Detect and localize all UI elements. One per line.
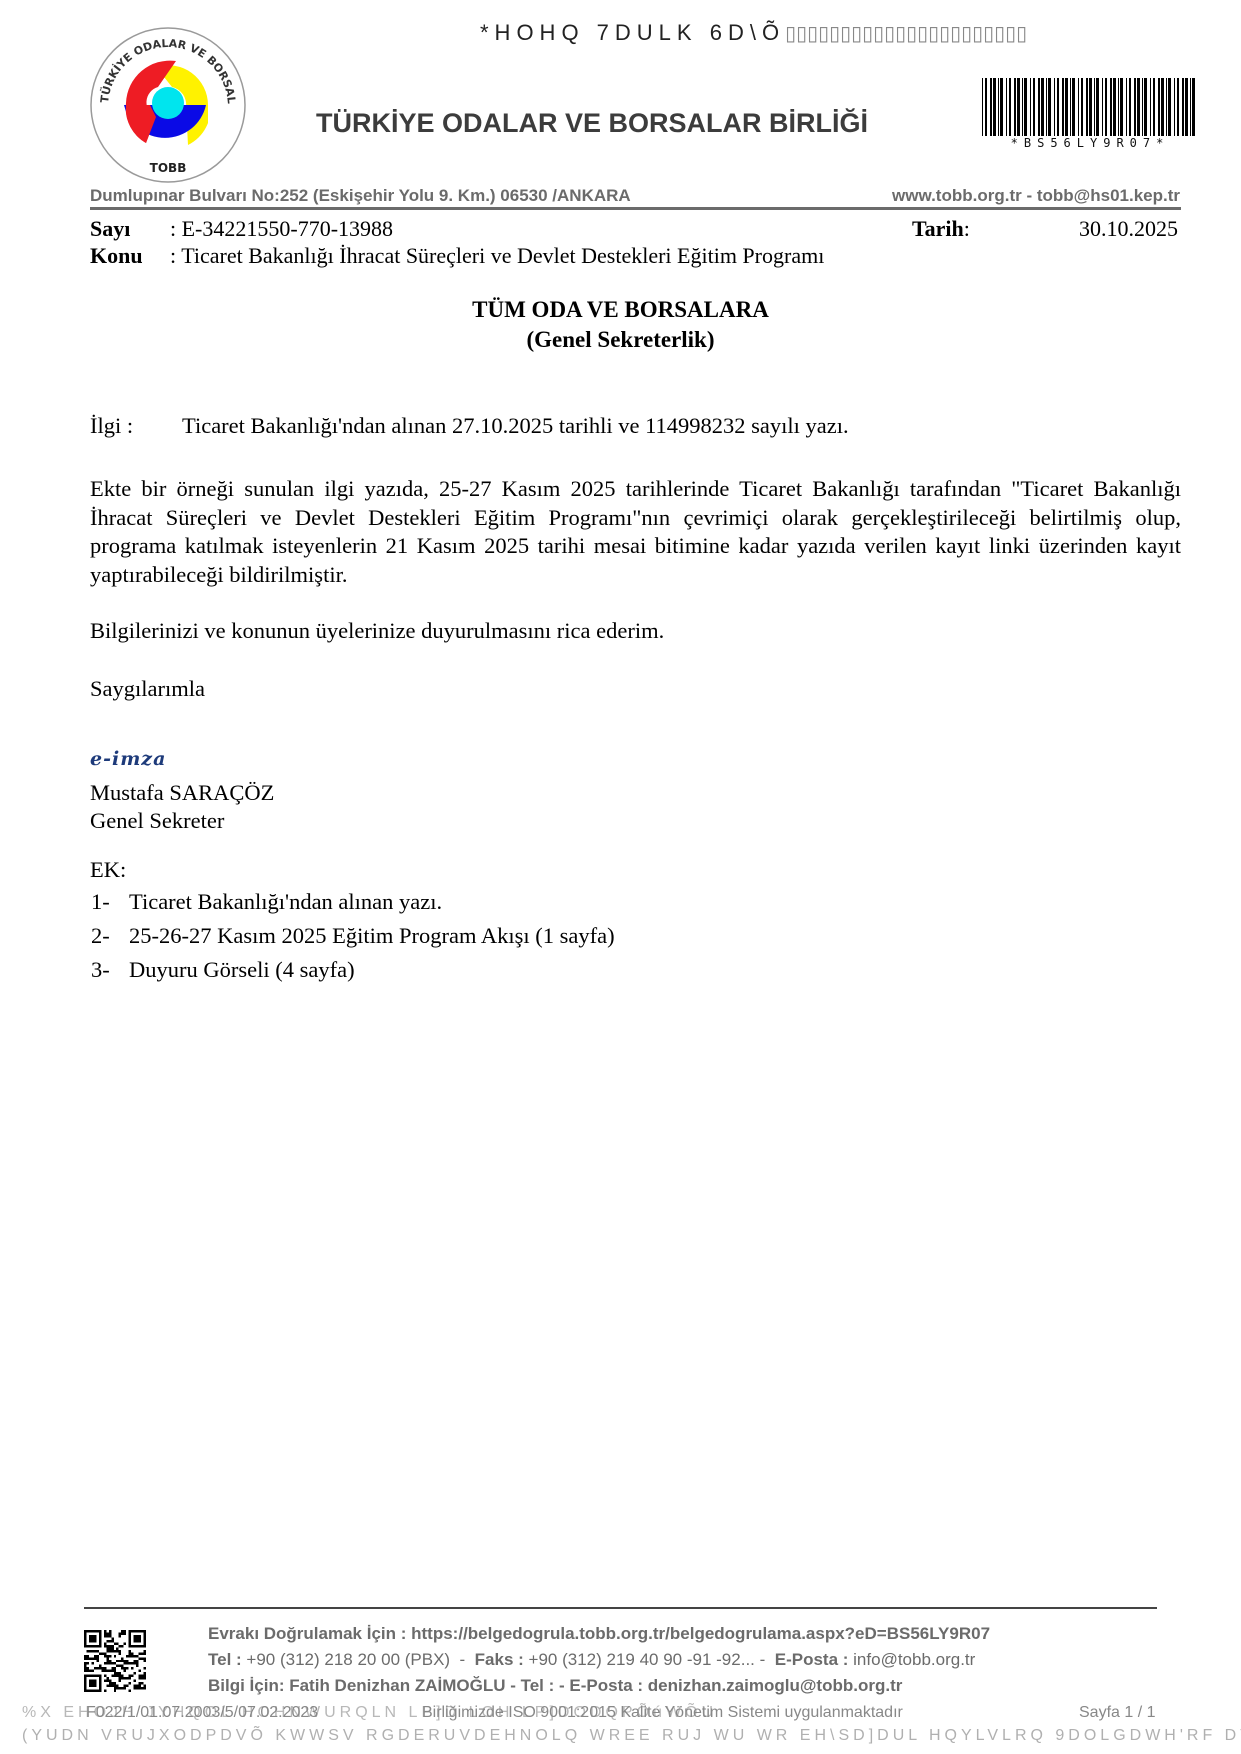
document-barcode: [981, 78, 1199, 136]
iso-statement: Birliğimizde ISO 9001:2015 Kalite Yöneti…: [422, 1704, 903, 1722]
tobb-logo: TÜRKİYE ODALAR VE BORSALAR BİRLİĞİ TOBB: [86, 25, 250, 185]
tarih-value: 30.10.2025: [1079, 216, 1178, 242]
sayi-value: : E-34221550-770-13988: [170, 216, 393, 242]
request-paragraph: Bilgilerinizi ve konunun üyelerinize duy…: [90, 617, 664, 646]
konu-value: : Ticaret Bakanlığı İhracat Süreçleri ve…: [170, 243, 824, 269]
body-paragraph: Ekte bir örneği sunulan ilgi yazıda, 25-…: [90, 475, 1181, 589]
ilgi-value: Ticaret Bakanlığı'ndan alınan 27.10.2025…: [182, 412, 849, 441]
header-divider: [90, 207, 1181, 210]
attachment-item: 3-Duyuru Görseli (4 sayfa): [90, 956, 355, 985]
attachments-label: EK:: [90, 856, 126, 885]
verify-link[interactable]: https://belgedogrula.tobb.org.tr/belgedo…: [411, 1624, 990, 1643]
verify-line: Evrakı Doğrulamak İçin : https://belgedo…: [208, 1624, 990, 1644]
garbled-footer-text-2: (YUDN VRUJXODPDVÕ KWWSV RGDERUVDEHNOLQ W…: [22, 1727, 1241, 1745]
attachment-item: 1-Ticaret Bakanlığı'ndan alınan yazı.: [90, 888, 442, 917]
closing-text: Saygılarımla: [90, 675, 205, 704]
form-info-line: %X EHOJH JYHQOL HOHNWURQLN LP]D LOH LP]D…: [22, 1704, 1222, 1722]
org-contact: www.tobb.org.tr - tobb@hs01.kep.tr: [892, 186, 1180, 206]
konu-label: Konu: [90, 243, 143, 269]
garbled-header-text: *HOHQ 7DULK 6D\Õ▯▯▯▯▯▯▯▯▯▯▯▯▯▯▯▯▯▯▯▯▯▯: [480, 20, 1027, 46]
addressee: TÜM ODA VE BORSALARA (Genel Sekreterlik): [0, 295, 1241, 355]
org-title: TÜRKİYE ODALAR VE BORSALAR BİRLİĞİ: [316, 108, 868, 139]
barcode-caption: *BS56LY9R07*: [981, 136, 1199, 150]
verification-qr-code[interactable]: [84, 1630, 146, 1692]
addressee-line2: (Genel Sekreterlik): [0, 325, 1241, 355]
footer-divider: [84, 1607, 1157, 1609]
e-signature-mark: e-imza: [90, 748, 166, 770]
tarih-label: Tarih:: [912, 216, 970, 242]
addressee-line1: TÜM ODA VE BORSALARA: [0, 295, 1241, 325]
contact-line: Tel : +90 (312) 218 20 00 (PBX) - Faks :…: [208, 1650, 975, 1670]
logo-abbrev: TOBB: [150, 161, 187, 175]
form-code: F022/1/01.07.2003/5/07.02.2023: [86, 1704, 318, 1722]
ilgi-label: İlgi :: [90, 412, 133, 441]
org-address: Dumlupınar Bulvarı No:252 (Eskişehir Yol…: [90, 186, 631, 206]
attachment-item: 2-25-26-27 Kasım 2025 Eğitim Program Akı…: [90, 922, 615, 951]
signer-title: Genel Sekreter: [90, 807, 224, 836]
signer-name: Mustafa SARAÇÖZ: [90, 779, 274, 808]
sayi-label: Sayı: [90, 216, 130, 242]
page-number: Sayfa 1 / 1: [1079, 1704, 1156, 1722]
info-email-link[interactable]: info@tobb.org.tr: [853, 1650, 975, 1669]
info-contact-line: Bilgi İçin: Fatih Denizhan ZAİMOĞLU - Te…: [208, 1676, 902, 1696]
